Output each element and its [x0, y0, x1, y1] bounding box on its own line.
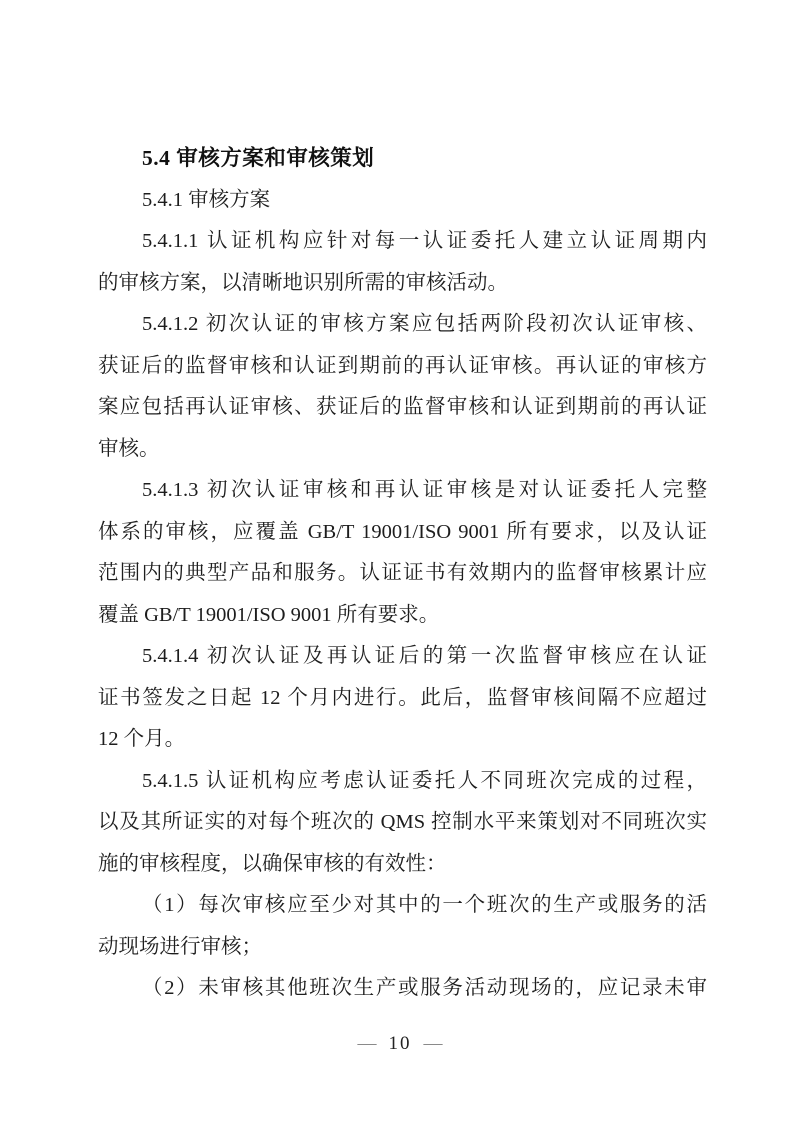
text-line: 5.4.1 审核方案: [98, 180, 707, 222]
text-line: 施的审核程度，以确保审核的有效性：: [98, 844, 707, 886]
text-line: 获证后的监督审核和认证到期前的再认证审核。再认证的审核方: [98, 346, 707, 388]
text-line: 5.4.1.1 认证机构应针对每一认证委托人建立认证周期内: [98, 221, 707, 263]
page-number: 10: [389, 1033, 412, 1054]
text-line: 5.4.1.4 初次认证及再认证后的第一次监督审核应在认证: [98, 636, 707, 678]
text-line: 案应包括再认证审核、获证后的监督审核和认证到期前的再认证: [98, 387, 707, 429]
text-line: 覆盖 GB/T 19001/ISO 9001 所有要求。: [98, 595, 707, 637]
text-line: 5.4.1.5 认证机构应考虑认证委托人不同班次完成的过程，: [98, 761, 707, 803]
text-line: 动现场进行审核；: [98, 927, 707, 969]
text-line: 12 个月。: [98, 719, 707, 761]
text-line: （1）每次审核应至少对其中的一个班次的生产或服务的活: [98, 885, 707, 927]
text-line: 以及其所证实的对每个班次的 QMS 控制水平来策划对不同班次实: [98, 802, 707, 844]
text-line: 5.4.1.2 初次认证的审核方案应包括两阶段初次认证审核、: [98, 304, 707, 346]
document-page: 5.4 审核方案和审核策划 5.4.1 审核方案 5.4.1.1 认证机构应针对…: [0, 0, 800, 1130]
document-body: 5.4 审核方案和审核策划 5.4.1 审核方案 5.4.1.1 认证机构应针对…: [98, 138, 707, 1010]
text-line: （2）未审核其他班次生产或服务活动现场的，应记录未审: [98, 968, 707, 1010]
text-line: 范围内的典型产品和服务。认证证书有效期内的监督审核累计应: [98, 553, 707, 595]
section-heading: 5.4 审核方案和审核策划: [98, 138, 707, 180]
text-line: 审核。: [98, 429, 707, 471]
text-line: 5.4.1.3 初次认证审核和再认证审核是对认证委托人完整: [98, 470, 707, 512]
text-line: 的审核方案，以清晰地识别所需的审核活动。: [98, 263, 707, 305]
page-footer: —10—: [0, 1031, 800, 1057]
text-line: 证书签发之日起 12 个月内进行。此后，监督审核间隔不应超过: [98, 678, 707, 720]
text-line: 体系的审核，应覆盖 GB/T 19001/ISO 9001 所有要求，以及认证: [98, 512, 707, 554]
footer-dash-right: —: [424, 1033, 443, 1054]
footer-dash-left: —: [358, 1033, 377, 1054]
